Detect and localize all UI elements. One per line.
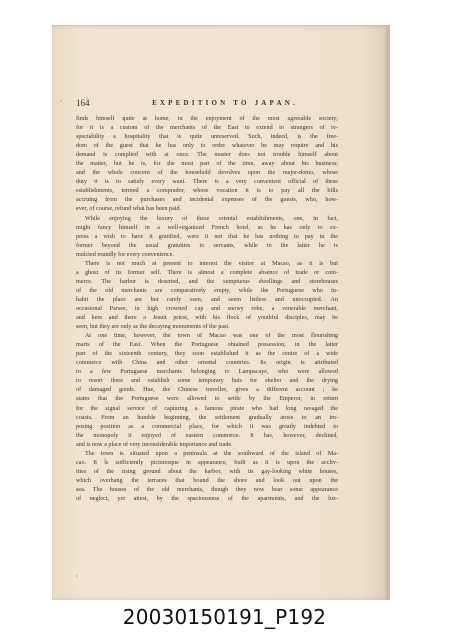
text-line: There is not much at present to interest… [76, 260, 338, 269]
body-text: finds himself quite at home, in the enjo… [76, 115, 338, 504]
text-line: finds himself quite at home, in the enjo… [76, 115, 338, 124]
text-line: While enjoying the luxury of these orien… [76, 215, 338, 224]
text-line: which overhang the terraces that bound t… [76, 477, 338, 486]
text-line: dom of the guest that he has only to ord… [76, 142, 338, 151]
text-line: merce. The harbor is deserted, and the s… [76, 278, 338, 287]
paragraph: The town is situated upon a peninsula at… [76, 450, 338, 504]
text-line: commerce with China and other oriental c… [76, 359, 338, 368]
text-line: part of the sixteenth century, they soon… [76, 350, 338, 359]
text-line: the monopoly it enjoyed of eastern comme… [76, 432, 338, 441]
text-line: establishments, termed a comprador, whos… [76, 187, 338, 196]
text-line: accruing from the purchases and incident… [76, 196, 338, 205]
text-line: to a few Portuguese merchants belonging … [76, 368, 338, 377]
text-line: to resort there and establish some tempo… [76, 377, 338, 386]
text-line: occasional Parsee, in high crowned cap a… [76, 305, 338, 314]
text-line: and the whole concern of the household d… [76, 169, 338, 178]
paragraph: There is not much at present to interest… [76, 260, 338, 332]
text-line: ever, of course, refund what has been pa… [76, 205, 338, 214]
text-line: might fancy himself in a well-organized … [76, 224, 338, 233]
text-line: cao. It is sufficiently picturesque in a… [76, 459, 338, 468]
text-line: a ghost of its former self. There is alm… [76, 269, 338, 278]
running-head-title: EXPEDITION TO JAPAN. [112, 97, 338, 109]
text-line: mulcted roundly for every convenience. [76, 251, 338, 260]
text-line: states that the Portuguese were allowed … [76, 395, 338, 404]
text-line: the matter, but he is, for the most part… [76, 160, 338, 169]
text-line: for it is a custom of the merchants of t… [76, 124, 338, 133]
paper-speck [60, 100, 62, 102]
paragraph: While enjoying the luxury of these orien… [76, 215, 338, 260]
text-line: coasts. From an humble beginning, the se… [76, 414, 338, 423]
text-line: habit the place are but rarely seen, and… [76, 296, 338, 305]
text-line: and is now a place of very inconsiderabl… [76, 441, 338, 450]
text-line: former beyond the usual gratuities to se… [76, 242, 338, 251]
text-line: ities of the rising ground about the har… [76, 468, 338, 477]
text-line: and here and there a Jesuit priest, with… [76, 314, 338, 323]
text-line: of damaged goods. Hue, the Chinese trave… [76, 386, 338, 395]
text-line: The town is situated upon a peninsula at… [76, 450, 338, 459]
text-line: marts of the East. When the Portuguese o… [76, 341, 338, 350]
text-line: of the old merchants are comparatively e… [76, 287, 338, 296]
paper-speck [76, 575, 78, 577]
text-line: of neglect, yet attest, by the spaciousn… [76, 495, 338, 504]
text-line: seen, but they are only as the decaying … [76, 323, 338, 332]
text-line: for the signal service of capturing a fa… [76, 405, 338, 414]
paragraph: finds himself quite at home, in the enjo… [76, 115, 338, 215]
text-line: press a wish to have it gratified, were … [76, 233, 338, 242]
text-line: duty it is to satisfy every want. There … [76, 178, 338, 187]
text-line: At one time, however, the town of Macao … [76, 332, 338, 341]
text-line: spectability a hospitality that is quite… [76, 133, 338, 142]
running-head: 164 EXPEDITION TO JAPAN. [76, 97, 338, 109]
text-line: demand is complied with at once. The mas… [76, 151, 338, 160]
page-number: 164 [76, 97, 90, 109]
text-line: sea. The houses of the old merchants, th… [76, 486, 338, 495]
image-label: 20030150191_P192 [0, 603, 449, 631]
paragraph: At one time, however, the town of Macao … [76, 332, 338, 450]
text-line: posing position as a commercial place, f… [76, 423, 338, 432]
